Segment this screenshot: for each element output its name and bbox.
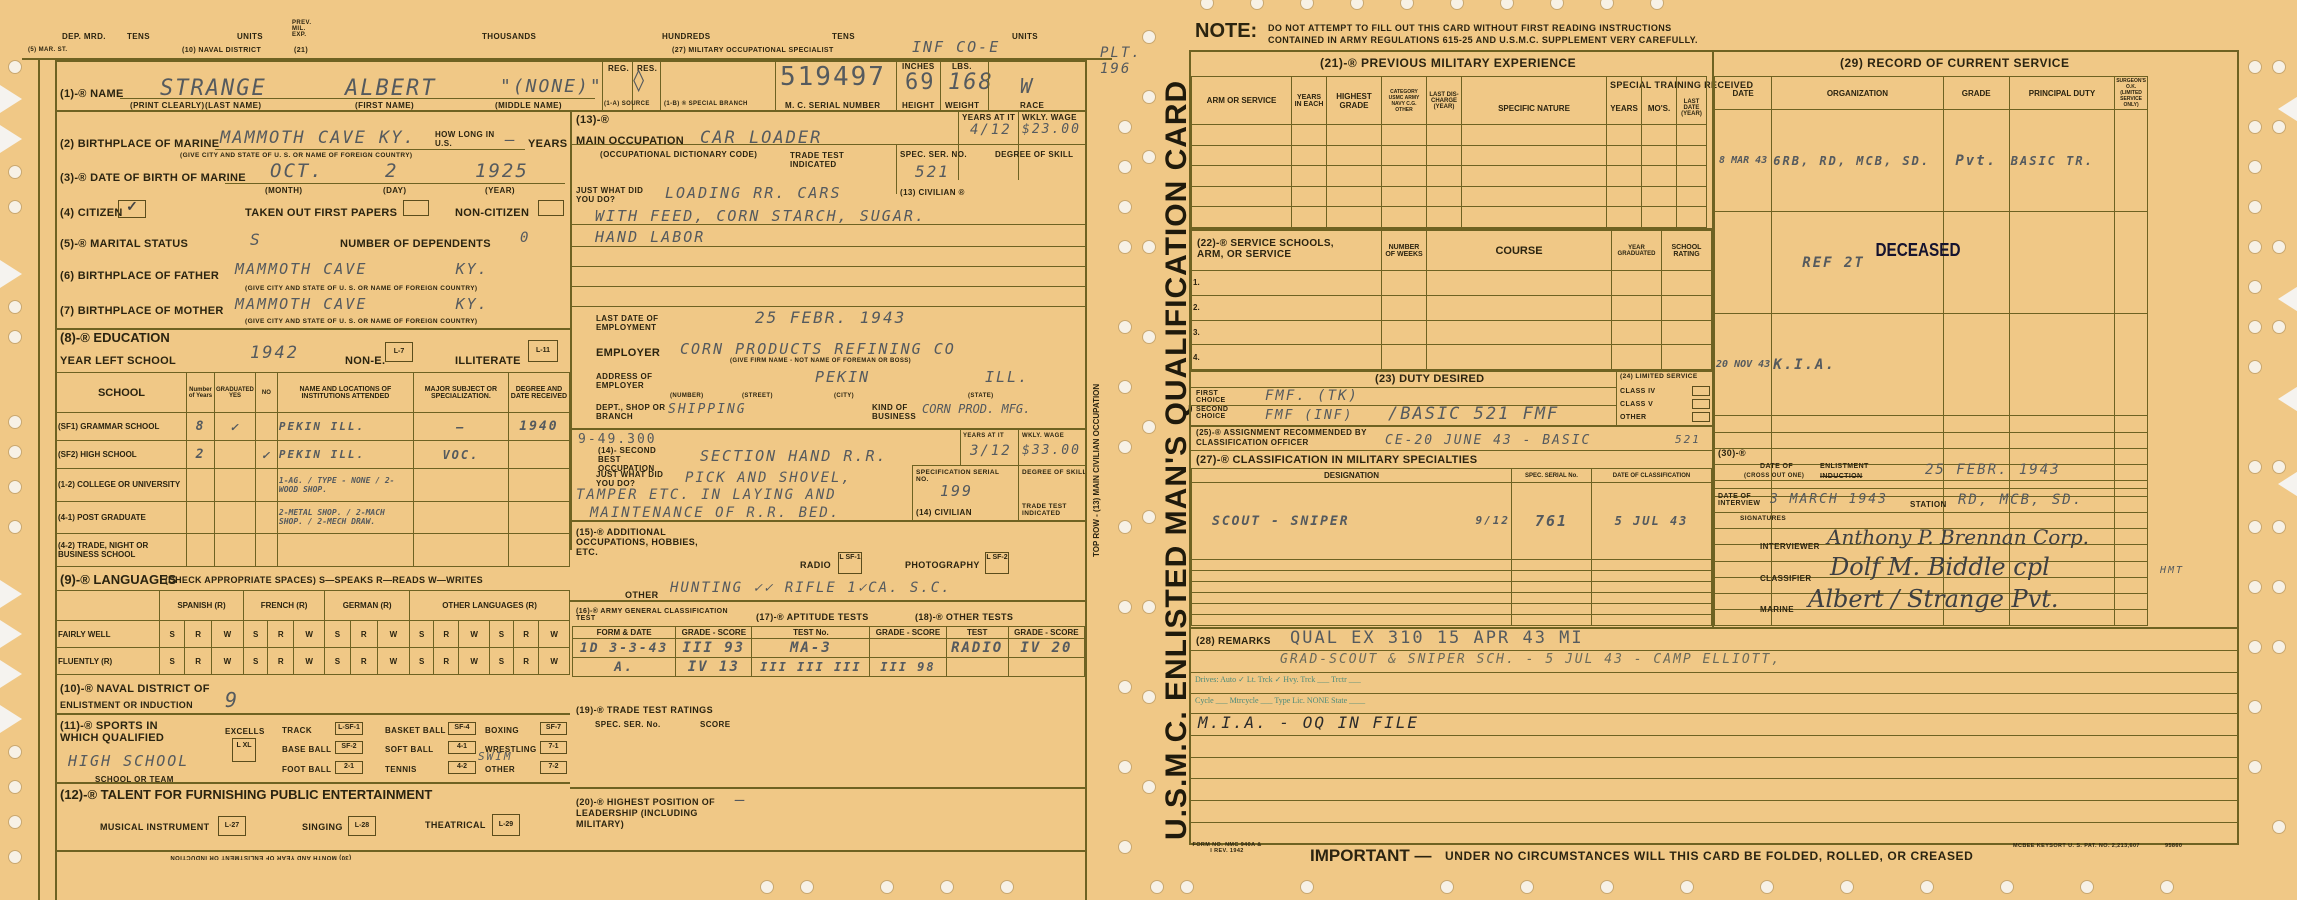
non-citizen-checkbox[interactable] <box>538 200 564 216</box>
languages-label: (9)-® LANGUAGES <box>60 572 176 587</box>
service-date: 8 MAR 43 <box>1715 110 1772 212</box>
marital-label: (5)-® MARITAL STATUS <box>60 238 188 250</box>
col-years-each: YEARS IN EACH <box>1292 77 1327 125</box>
lang-checkbox[interactable]: W <box>539 648 570 675</box>
specialties-label: (27)-® CLASSIFICATION IN MILITARY SPECIA… <box>1196 454 1477 466</box>
second-years-value: 3/12 <box>970 443 1012 459</box>
month-caption: (MONTH) <box>265 186 302 195</box>
punch-hole <box>1118 320 1132 334</box>
lang-checkbox[interactable]: R <box>185 621 212 648</box>
punch-hole <box>2272 820 2286 834</box>
punch-hole <box>1118 440 1132 454</box>
sport-other-value: SWIM <box>478 750 513 763</box>
enlistment-option: ENLISTMENT <box>1820 463 1869 470</box>
prev-mil-label: (21)-® PREVIOUS MILITARY EXPERIENCE <box>1320 56 1576 70</box>
col-school-rating: SCHOOL RATING <box>1662 231 1712 271</box>
what-line-3: HAND LABOR <box>595 228 705 246</box>
weight-value: 168 <box>948 70 994 95</box>
addr-caption-street: (STREET) <box>742 393 773 399</box>
punch-hole <box>1118 160 1132 174</box>
interviewer-signature: Anthony P. Brennan Corp. <box>1827 525 2089 549</box>
punch-hole <box>2272 120 2286 134</box>
punch-hole <box>8 520 22 534</box>
day-caption: (DAY) <box>383 186 406 195</box>
punch-hole <box>2272 520 2286 534</box>
employer-value: CORN PRODUCTS REFINING CO <box>680 340 956 358</box>
talent-singing-box[interactable]: L-28 <box>348 816 376 836</box>
col-form-date: FORM & DATE <box>573 627 676 639</box>
photography-box[interactable]: L SF-2 <box>985 552 1009 574</box>
assignment-code: 521 <box>1675 433 1701 446</box>
dependents-label: NUMBER OF DEPENDENTS <box>340 238 491 250</box>
father-caption: (GIVE CITY AND STATE OF U. S. OR NAME OF… <box>245 285 478 292</box>
punch-hole <box>1440 880 1454 894</box>
strip-label: UNITS <box>237 32 263 41</box>
service-schools-table: NUMBER OF WEEKS COURSE YEAR GRADUATED SC… <box>1191 230 1712 370</box>
father-birthplace-value: MAMMOTH CAVE KY. <box>235 260 489 278</box>
punch-hole <box>1300 0 1314 10</box>
col-spec-serial: SPEC. SERIAL No. <box>1512 469 1592 483</box>
second-trade-label: TRADE TEST INDICATED <box>1022 503 1082 517</box>
second-spec-value: 199 <box>940 482 973 500</box>
col-principal-duty: PRINCIPAL DUTY <box>2009 77 2114 110</box>
birthplace-label: (2) BIRTHPLACE OF MARINE <box>60 138 219 150</box>
lang-checkbox[interactable]: R <box>185 648 212 675</box>
col-institutions: NAME AND LOCATIONS OF INSTITUTIONS ATTEN… <box>277 373 413 413</box>
sport-other-box[interactable]: 7-2 <box>540 761 567 774</box>
no-cell: ✓ <box>255 441 277 469</box>
col-arm: ARM OR SERVICE <box>1192 77 1292 125</box>
race-label: RACE <box>1020 101 1044 110</box>
excells-box[interactable]: L XL <box>232 738 256 762</box>
punch-hole <box>1400 0 1414 10</box>
major-cell: VOC. <box>413 441 508 469</box>
punch-notch <box>2278 95 2297 123</box>
dept-value: SHIPPING <box>668 402 747 417</box>
punch-hole <box>8 165 22 179</box>
col-grade-score: GRADE - SCORE <box>676 627 752 639</box>
additional-label: (15)-® ADDITIONAL OCCUPATIONS, HOBBIES, … <box>576 527 706 557</box>
enlistment-date: 25 FEBR. 1943 <box>1925 462 2061 478</box>
talent-music-box[interactable]: L-27 <box>218 816 246 836</box>
address-state: ILL. <box>985 368 1029 386</box>
first-name-caption: (FIRST NAME) <box>355 101 414 110</box>
school-code: (4-1) <box>58 513 75 522</box>
punch-hole <box>2160 880 2174 894</box>
year-left-value: 1942 <box>250 343 299 363</box>
second-occupation-code: 9-49.300 <box>578 432 657 447</box>
second-wage-label: WKLY. WAGE <box>1022 433 1064 439</box>
middle-name-caption: (MIDDLE NAME) <box>495 101 562 110</box>
second-what-label: JUST WHAT DID YOU DO? <box>596 470 676 488</box>
punch-hole <box>1200 0 1214 10</box>
birthplace-caption: (GIVE CITY AND STATE OF U. S. OR NAME OF… <box>180 152 413 159</box>
side-strip-label: TOP ROW - (13) MAIN CIVILIAN OCCUPATION <box>1092 120 1101 820</box>
lang-checkbox[interactable]: W <box>294 648 325 675</box>
sport-basketball-box[interactable]: SF-4 <box>448 722 476 735</box>
col-french: FRENCH (R) <box>243 591 324 621</box>
punch-hole <box>1650 0 1664 10</box>
lang-checkbox[interactable]: W <box>211 621 243 648</box>
col-organization: ORGANIZATION <box>1772 77 1943 110</box>
col-other-languages: OTHER LANGUAGES (R) <box>410 591 570 621</box>
sport-wrestling-box[interactable]: 7-1 <box>540 741 567 754</box>
col-years: YEARS <box>1607 77 1642 125</box>
punch-hole <box>2000 880 2014 894</box>
school-row-number: 4. <box>1192 345 1382 370</box>
school-row-number: 2. <box>1192 295 1382 320</box>
sport-track-box[interactable]: L-SF-1 <box>335 722 363 735</box>
first-choice-label: FIRST CHOICE <box>1196 390 1236 404</box>
punch-hole <box>1142 420 1156 434</box>
limited-service-label: (24) LIMITED SERVICE <box>1620 373 1698 380</box>
first-papers-checkbox[interactable] <box>403 200 429 216</box>
talent-theatrical-box[interactable]: L-29 <box>492 814 520 836</box>
weight-label: WEIGHT <box>945 101 979 110</box>
lang-checkbox[interactable]: R <box>513 621 538 648</box>
skill-label: DEGREE OF SKILL <box>995 150 1073 159</box>
table-row: (SF1) GRAMMAR SCHOOL 8 ✓ PEKIN ILL. — 19… <box>57 413 570 441</box>
lang-checkbox[interactable]: R <box>350 621 377 648</box>
enlistment-label: ENLISTMENT OR INDUCTION <box>60 700 193 710</box>
punch-notch <box>2278 470 2297 498</box>
sport-baseball-box[interactable]: SF-2 <box>335 741 363 754</box>
lang-checkbox[interactable]: W <box>211 648 243 675</box>
second-occupation-value: SECTION HAND R.R. <box>700 447 888 465</box>
second-choice-label: SECOND CHOICE <box>1196 406 1236 420</box>
second-choice-value: FMF (INF) <box>1265 408 1353 423</box>
important-title: IMPORTANT — <box>1310 846 1432 866</box>
punch-hole <box>2272 460 2286 474</box>
punch-hole <box>1760 880 1774 894</box>
service-grade: Pvt. <box>1943 110 2009 212</box>
illiterate-box[interactable]: L-11 <box>528 340 558 362</box>
punch-notch <box>0 260 22 288</box>
punch-hole <box>1142 780 1156 794</box>
lang-checkbox[interactable]: S <box>243 621 267 648</box>
sport-boxing-box[interactable]: SF-7 <box>540 722 567 735</box>
how-long-value: — <box>505 130 517 149</box>
service-org: REF 2T <box>1772 212 1943 314</box>
non-e-label: NON-E. <box>345 355 385 367</box>
col-degree: DEGREE AND DATE RECEIVED <box>508 373 569 413</box>
punch-hole <box>2248 160 2262 174</box>
yes-cell: ✓ <box>215 413 256 441</box>
radio-box[interactable]: L SF-1 <box>838 552 862 574</box>
col-years: Number of Years <box>187 373 215 413</box>
col-yes: GRADUATED YES <box>215 373 256 413</box>
illiterate-label: ILLITERATE <box>455 355 521 367</box>
punch-hole <box>1142 690 1156 704</box>
dob-month: OCT. <box>270 160 324 182</box>
punch-hole <box>1840 880 1854 894</box>
strip-label: UNITS <box>1012 32 1038 41</box>
signatures-label: SIGNATURES <box>1740 515 1786 522</box>
service-org: 6RB, RD, MCB, SD. <box>1772 110 1943 212</box>
lang-checkbox[interactable]: S <box>410 621 434 648</box>
special-branch-label: (1-B) ® SPECIAL BRANCH <box>664 101 748 107</box>
civilian-label: (13) CIVILIAN ® <box>900 188 965 197</box>
lang-checkbox[interactable]: W <box>377 648 409 675</box>
note-text: DO NOT ATTEMPT TO FILL OUT THIS CARD WIT… <box>1268 22 1728 46</box>
lang-checkbox[interactable]: R <box>268 648 294 675</box>
punch-hole <box>2248 700 2262 714</box>
col-date: DATE <box>1715 77 1772 110</box>
lang-checkbox[interactable]: R <box>434 648 459 675</box>
table-row: SCOUT - SNIPER 9/12 761 5 JUL 43 <box>1192 483 1712 560</box>
middle-name: "(NONE)" <box>500 76 603 97</box>
talent-singing: SINGING <box>302 822 343 832</box>
last-name-caption: (LAST NAME) <box>205 101 261 110</box>
school-name: GRAMMAR SCHOOL <box>80 422 159 431</box>
punch-hole <box>2248 760 2262 774</box>
spec-ser-value: 521 <box>915 162 950 181</box>
classifier-label: CLASSIFIER <box>1760 574 1812 583</box>
lang-checkbox[interactable]: W <box>377 621 409 648</box>
punch-hole <box>1142 150 1156 164</box>
punch-hole <box>940 880 954 894</box>
non-e-box[interactable]: L-7 <box>385 342 413 362</box>
second-what-3: MAINTENANCE OF R.R. BED. <box>590 505 840 521</box>
punch-hole <box>1118 600 1132 614</box>
spec-ser-label: SPEC. SER. NO. <box>900 150 967 159</box>
how-long-label: HOW LONG IN U.S. <box>435 130 495 148</box>
main-occupation-value: CAR LOADER <box>700 128 822 148</box>
punch-hole <box>1142 510 1156 524</box>
punch-hole <box>2248 520 2262 534</box>
col-test: TEST <box>946 627 1008 639</box>
punch-hole <box>1000 880 1014 894</box>
service-org: K.I.A. <box>1772 314 1943 416</box>
sports-label: (11)-® SPORTS IN WHICH QUALIFIED <box>60 720 180 744</box>
punch-hole <box>2272 580 2286 594</box>
lang-checkbox[interactable]: R <box>513 648 538 675</box>
col-grade: GRADE <box>1943 77 2009 110</box>
mia-note: M.I.A. - OQ IN FILE <box>1198 713 1419 732</box>
tests-table: FORM & DATE GRADE - SCORE TEST No. GRADE… <box>572 626 1085 677</box>
remarks-label: (28) REMARKS <box>1196 636 1271 647</box>
years-cell: 8 <box>187 413 215 441</box>
punch-hole <box>2248 200 2262 214</box>
punch-hole <box>1142 330 1156 344</box>
lang-checkbox[interactable]: S <box>489 621 513 648</box>
lang-checkbox[interactable]: S <box>410 648 434 675</box>
mother-birthplace-value: MAMMOTH CAVE KY. <box>235 295 489 313</box>
punch-hole <box>2272 60 2286 74</box>
lang-checkbox[interactable]: W <box>459 648 489 675</box>
punch-hole <box>1118 200 1132 214</box>
strip-label: TENS <box>127 32 150 41</box>
punch-notch <box>0 705 22 733</box>
strip-sub: (21) <box>294 47 308 54</box>
punch-hole <box>2080 880 2094 894</box>
punch-hole <box>2272 640 2286 654</box>
degree-cell <box>508 441 569 469</box>
sport-basketball: BASKET BALL <box>385 726 446 735</box>
bottom-strip-label: (30) MONTH AND YEAR OF ENLISTMENT OR IND… <box>170 854 351 860</box>
strip-label: HUNDREDS <box>662 32 711 41</box>
class-v-checkbox[interactable] <box>1692 399 1710 409</box>
naval-district-value: 9 <box>225 688 239 712</box>
lang-checkbox[interactable]: S <box>489 648 513 675</box>
talent-theatrical: THEATRICAL <box>425 820 486 830</box>
other-limited-checkbox[interactable] <box>1692 412 1710 422</box>
lang-checkbox[interactable]: R <box>350 648 377 675</box>
last-date-label: LAST DATE OF EMPLOYMENT <box>596 314 676 332</box>
punch-hole <box>8 815 22 829</box>
other-limited-label: OTHER <box>1620 414 1647 421</box>
lang-checkbox[interactable]: R <box>434 621 459 648</box>
test-cell: IV 13 <box>676 658 752 677</box>
table-row: A. IV 13 III III III III 98 <box>573 658 1085 677</box>
punch-hole <box>8 200 22 214</box>
punch-hole <box>1550 0 1564 10</box>
punch-hole <box>1142 600 1156 614</box>
col-major: MAJOR SUBJECT OR SPECIALIZATION. <box>413 373 508 413</box>
lang-checkbox[interactable]: S <box>243 648 267 675</box>
years-at-it-label: YEARS AT IT <box>962 113 1015 122</box>
name-label: (1)-® NAME <box>60 88 124 100</box>
test-cell: RADIO <box>946 639 1008 658</box>
table-row: 8 MAR 43 6RB, RD, MCB, SD. Pvt. BASIC TR… <box>1715 110 2148 212</box>
col-months: MO'S. <box>1642 77 1677 125</box>
sport-softball-box[interactable]: 4-1 <box>448 741 476 754</box>
marital-value: S <box>250 230 262 249</box>
deceased-stamp: DECEASED <box>1876 240 1961 261</box>
source-label: (1-A) SOURCE <box>604 101 650 107</box>
lang-checkbox[interactable]: S <box>325 648 351 675</box>
sport-tennis-box[interactable]: 4-2 <box>448 761 476 774</box>
col-discharge: LAST DIS-CHARGE (YEAR) <box>1427 77 1462 125</box>
class-iv-checkbox[interactable] <box>1692 386 1710 396</box>
sport-tennis: TENNIS <box>385 765 417 774</box>
enlistment-section-label: (30)-® <box>1718 448 1746 458</box>
col-no: NO <box>255 373 277 413</box>
interview-date: 3 MARCH 1943 <box>1770 492 1888 507</box>
citizen-label: (4) CITIZEN <box>60 207 123 219</box>
punch-notch <box>2278 285 2297 313</box>
education-label: (8)-® EDUCATION <box>60 330 170 345</box>
first-papers-label: TAKEN OUT FIRST PAPERS <box>245 207 397 219</box>
lang-checkbox[interactable]: S <box>325 621 351 648</box>
row-fairly-well: FAIRLY WELL <box>57 621 160 648</box>
years-label: YEARS <box>528 138 567 150</box>
punch-hole <box>1920 880 1934 894</box>
class-v-label: CLASS V <box>1620 401 1653 408</box>
catalog-number: 95860 <box>2165 843 2182 849</box>
talent-music: MUSICAL INSTRUMENT <box>100 822 210 832</box>
radio-label: RADIO <box>800 560 831 570</box>
dependents-value: 0 <box>520 230 530 246</box>
punch-hole <box>1350 0 1364 10</box>
degree-cell: 1940 <box>508 413 569 441</box>
current-service-label: (29) RECORD OF CURRENT SERVICE <box>1840 56 2069 70</box>
excells-label: EXCELLS <box>225 727 265 736</box>
what-line-2: WITH FEED, CORN STARCH, SUGAR. <box>595 207 926 225</box>
marine-signature: Albert / Strange Pvt. <box>1808 585 2059 613</box>
sport-baseball: BASE BALL <box>282 745 331 754</box>
form-number: FORM NO. NMC 940A & I REV. 1942 <box>1192 842 1262 854</box>
father-birthplace-label: (6) BIRTHPLACE OF FATHER <box>60 270 219 282</box>
naval-district-label: (10)-® NAVAL DISTRICT OF <box>60 683 210 695</box>
punch-hole <box>1118 760 1132 774</box>
second-years-label: YEARS AT IT <box>963 433 1004 439</box>
other-label: OTHER <box>625 590 659 600</box>
school-code: (SF1) <box>58 422 78 431</box>
res-mark: ◊ <box>632 68 647 93</box>
punch-hole <box>2248 120 2262 134</box>
punch-hole <box>8 745 22 759</box>
punch-hole <box>8 850 22 864</box>
col-surgeon: SURGEON'S O.K. (LIMITED SERVICE ONLY) <box>2115 77 2148 110</box>
cycle-line: Cycle ___ Mtrcycle ___ Type Lic. NONE St… <box>1195 696 1365 705</box>
col-year-graduated: YEAR GRADUATED <box>1612 231 1662 271</box>
punch-notch <box>2278 385 2297 413</box>
col-course: COURSE <box>1427 231 1612 271</box>
punch-hole <box>2272 240 2286 254</box>
col-school: SCHOOL <box>57 373 187 413</box>
punch-hole <box>1250 0 1264 10</box>
classification-date-value: 5 JUL 43 <box>1592 483 1712 560</box>
dob-day: 2 <box>385 160 398 182</box>
platoon-note: PLT. 196 <box>1100 45 1140 77</box>
punch-hole <box>8 445 22 459</box>
employer-caption: (GIVE FIRM NAME - NOT NAME OF FOREMAN OR… <box>730 358 911 364</box>
lang-checkbox[interactable]: S <box>160 621 185 648</box>
lang-checkbox[interactable]: R <box>268 621 294 648</box>
assignment-value: CE-20 JUNE 43 - BASIC <box>1385 433 1591 448</box>
table-row: (1-2) COLLEGE OR UNIVERSITY 1-AG. / TYPE… <box>57 469 570 502</box>
punch-notch <box>0 85 22 113</box>
designation-value: SCOUT - SNIPER <box>1212 514 1350 529</box>
lang-checkbox[interactable]: W <box>539 621 570 648</box>
team-value: HIGH SCHOOL <box>68 752 189 770</box>
punch-hole <box>8 480 22 494</box>
second-spec-label: SPECIFICATION SERIAL NO. <box>916 469 1006 483</box>
table-row: 1D 3-3-43 III 93 MA-3 RADIO IV 20 <box>573 639 1085 658</box>
interview-date-label: DATE OF INTERVIEW <box>1718 493 1768 507</box>
institution-cell: 1-AG. / TYPE - NONE / 2-WOOD SHOP. <box>277 469 413 502</box>
punch-hole <box>1520 880 1534 894</box>
lang-checkbox[interactable]: S <box>160 648 185 675</box>
second-skill-label: DEGREE OF SKILL <box>1022 469 1087 476</box>
punch-hole <box>8 60 22 74</box>
last-date-value: 25 FEBR. 1943 <box>755 308 906 327</box>
race-value: W <box>1020 74 1034 98</box>
strip-label: TENS <box>832 32 855 41</box>
punch-hole <box>2248 280 2262 294</box>
yes-cell <box>215 441 256 469</box>
sport-football-box[interactable]: 2-1 <box>335 761 363 774</box>
punch-hole <box>1180 880 1194 894</box>
remarks-line-2: GRAD-SCOUT & SNIPER SCH. - 5 JUL 43 - CA… <box>1280 652 1781 667</box>
reg-label: REG. <box>608 64 629 73</box>
dob-label: (3)-® DATE OF BIRTH OF MARINE <box>60 172 246 184</box>
addr-caption-city: (CITY) <box>834 393 854 399</box>
important-text: UNDER NO CIRCUMSTANCES WILL THIS CARD BE… <box>1445 849 1973 863</box>
lang-checkbox[interactable]: W <box>459 621 489 648</box>
punch-hole <box>2248 240 2262 254</box>
mother-caption: (GIVE CITY AND STATE OF U. S. OR NAME OF… <box>245 318 478 325</box>
punch-hole <box>2248 460 2262 474</box>
citizen-checkbox[interactable]: ✓ <box>118 200 146 218</box>
lang-checkbox[interactable]: W <box>294 621 325 648</box>
punch-hole <box>2248 60 2262 74</box>
punch-hole <box>1450 0 1464 10</box>
designation-fraction: 9/12 <box>1476 514 1511 527</box>
strip-sub: (10) NAVAL DISTRICT <box>182 47 261 54</box>
institution-cell: 2-METAL SHOP. / 2-MACH SHOP. / 2-MECH DR… <box>277 501 413 534</box>
